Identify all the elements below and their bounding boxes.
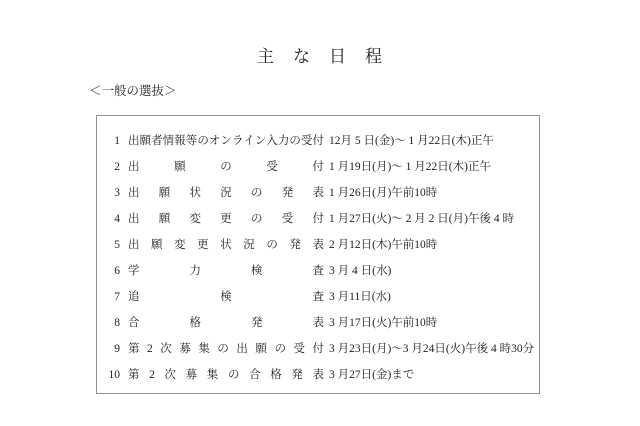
row-item-label: 出願変更状況の発表 [128,232,324,258]
section-label: ＜一般の選抜＞ [89,81,177,99]
schedule-row: 7 追検査 3 月11日(水) [105,284,539,310]
row-item-label: 出願の受付 [128,154,324,180]
row-date: 3 月27日(金)まで [329,362,414,388]
schedule-table: 1 出願者情報等のオンライン入力の受付 12月 5 日(金)～ 1 月22日(木… [96,115,540,394]
row-number: 4 [105,206,120,232]
row-item-label: 第2次募集の出願の受付 [128,336,324,362]
row-date: 3 月 4 日(水) [329,258,391,284]
schedule-row: 4 出願変更の受付 1 月27日(火)～ 2 月 2 日(月)午後 4 時 [105,206,539,232]
row-number: 9 [105,336,120,362]
row-date: 2 月12日(木)午前10時 [329,232,437,258]
row-date: 3 月23日(月)～3 月24日(火)午後 4 時30分 [329,336,534,362]
row-item-label: 学力検査 [128,258,324,284]
page-title: 主 な 日 程 [0,42,640,67]
row-number: 10 [105,362,120,388]
schedule-row: 1 出願者情報等のオンライン入力の受付 12月 5 日(金)～ 1 月22日(木… [105,128,539,154]
schedule-row: 2 出願の受付 1 月19日(月)～ 1 月22日(木)正午 [105,154,539,180]
row-number: 3 [105,180,120,206]
row-date: 1 月27日(火)～ 2 月 2 日(月)午後 4 時 [329,206,514,232]
row-number: 6 [105,258,120,284]
row-number: 8 [105,310,120,336]
row-item-label: 第2次募集の合格発表 [128,362,324,388]
document-page: 主 な 日 程 ＜一般の選抜＞ 1 出願者情報等のオンライン入力の受付 12月 … [0,0,640,426]
row-date: 1 月19日(月)～ 1 月22日(木)正午 [329,154,491,180]
row-item-label: 出願変更の受付 [128,206,324,232]
schedule-row: 3 出願状況の発表 1 月26日(月)午前10時 [105,180,539,206]
row-item-label: 追検査 [128,284,324,310]
row-date: 3 月11日(水) [329,284,391,310]
row-number: 2 [105,154,120,180]
schedule-row: 10 第2次募集の合格発表 3 月27日(金)まで [105,362,539,388]
schedule-row: 8 合格発表 3 月17日(火)午前10時 [105,310,539,336]
row-date: 1 月26日(月)午前10時 [329,180,437,206]
row-number: 7 [105,284,120,310]
row-item-label: 合格発表 [128,310,324,336]
row-number: 1 [105,128,120,154]
schedule-row: 5 出願変更状況の発表 2 月12日(木)午前10時 [105,232,539,258]
row-date: 12月 5 日(金)～ 1 月22日(木)正午 [329,128,494,154]
row-item-label: 出願者情報等のオンライン入力の受付 [128,128,324,154]
row-number: 5 [105,232,120,258]
schedule-row: 6 学力検査 3 月 4 日(水) [105,258,539,284]
row-item-label: 出願状況の発表 [128,180,324,206]
row-date: 3 月17日(火)午前10時 [329,310,437,336]
schedule-row: 9 第2次募集の出願の受付 3 月23日(月)～3 月24日(火)午後 4 時3… [105,336,539,362]
